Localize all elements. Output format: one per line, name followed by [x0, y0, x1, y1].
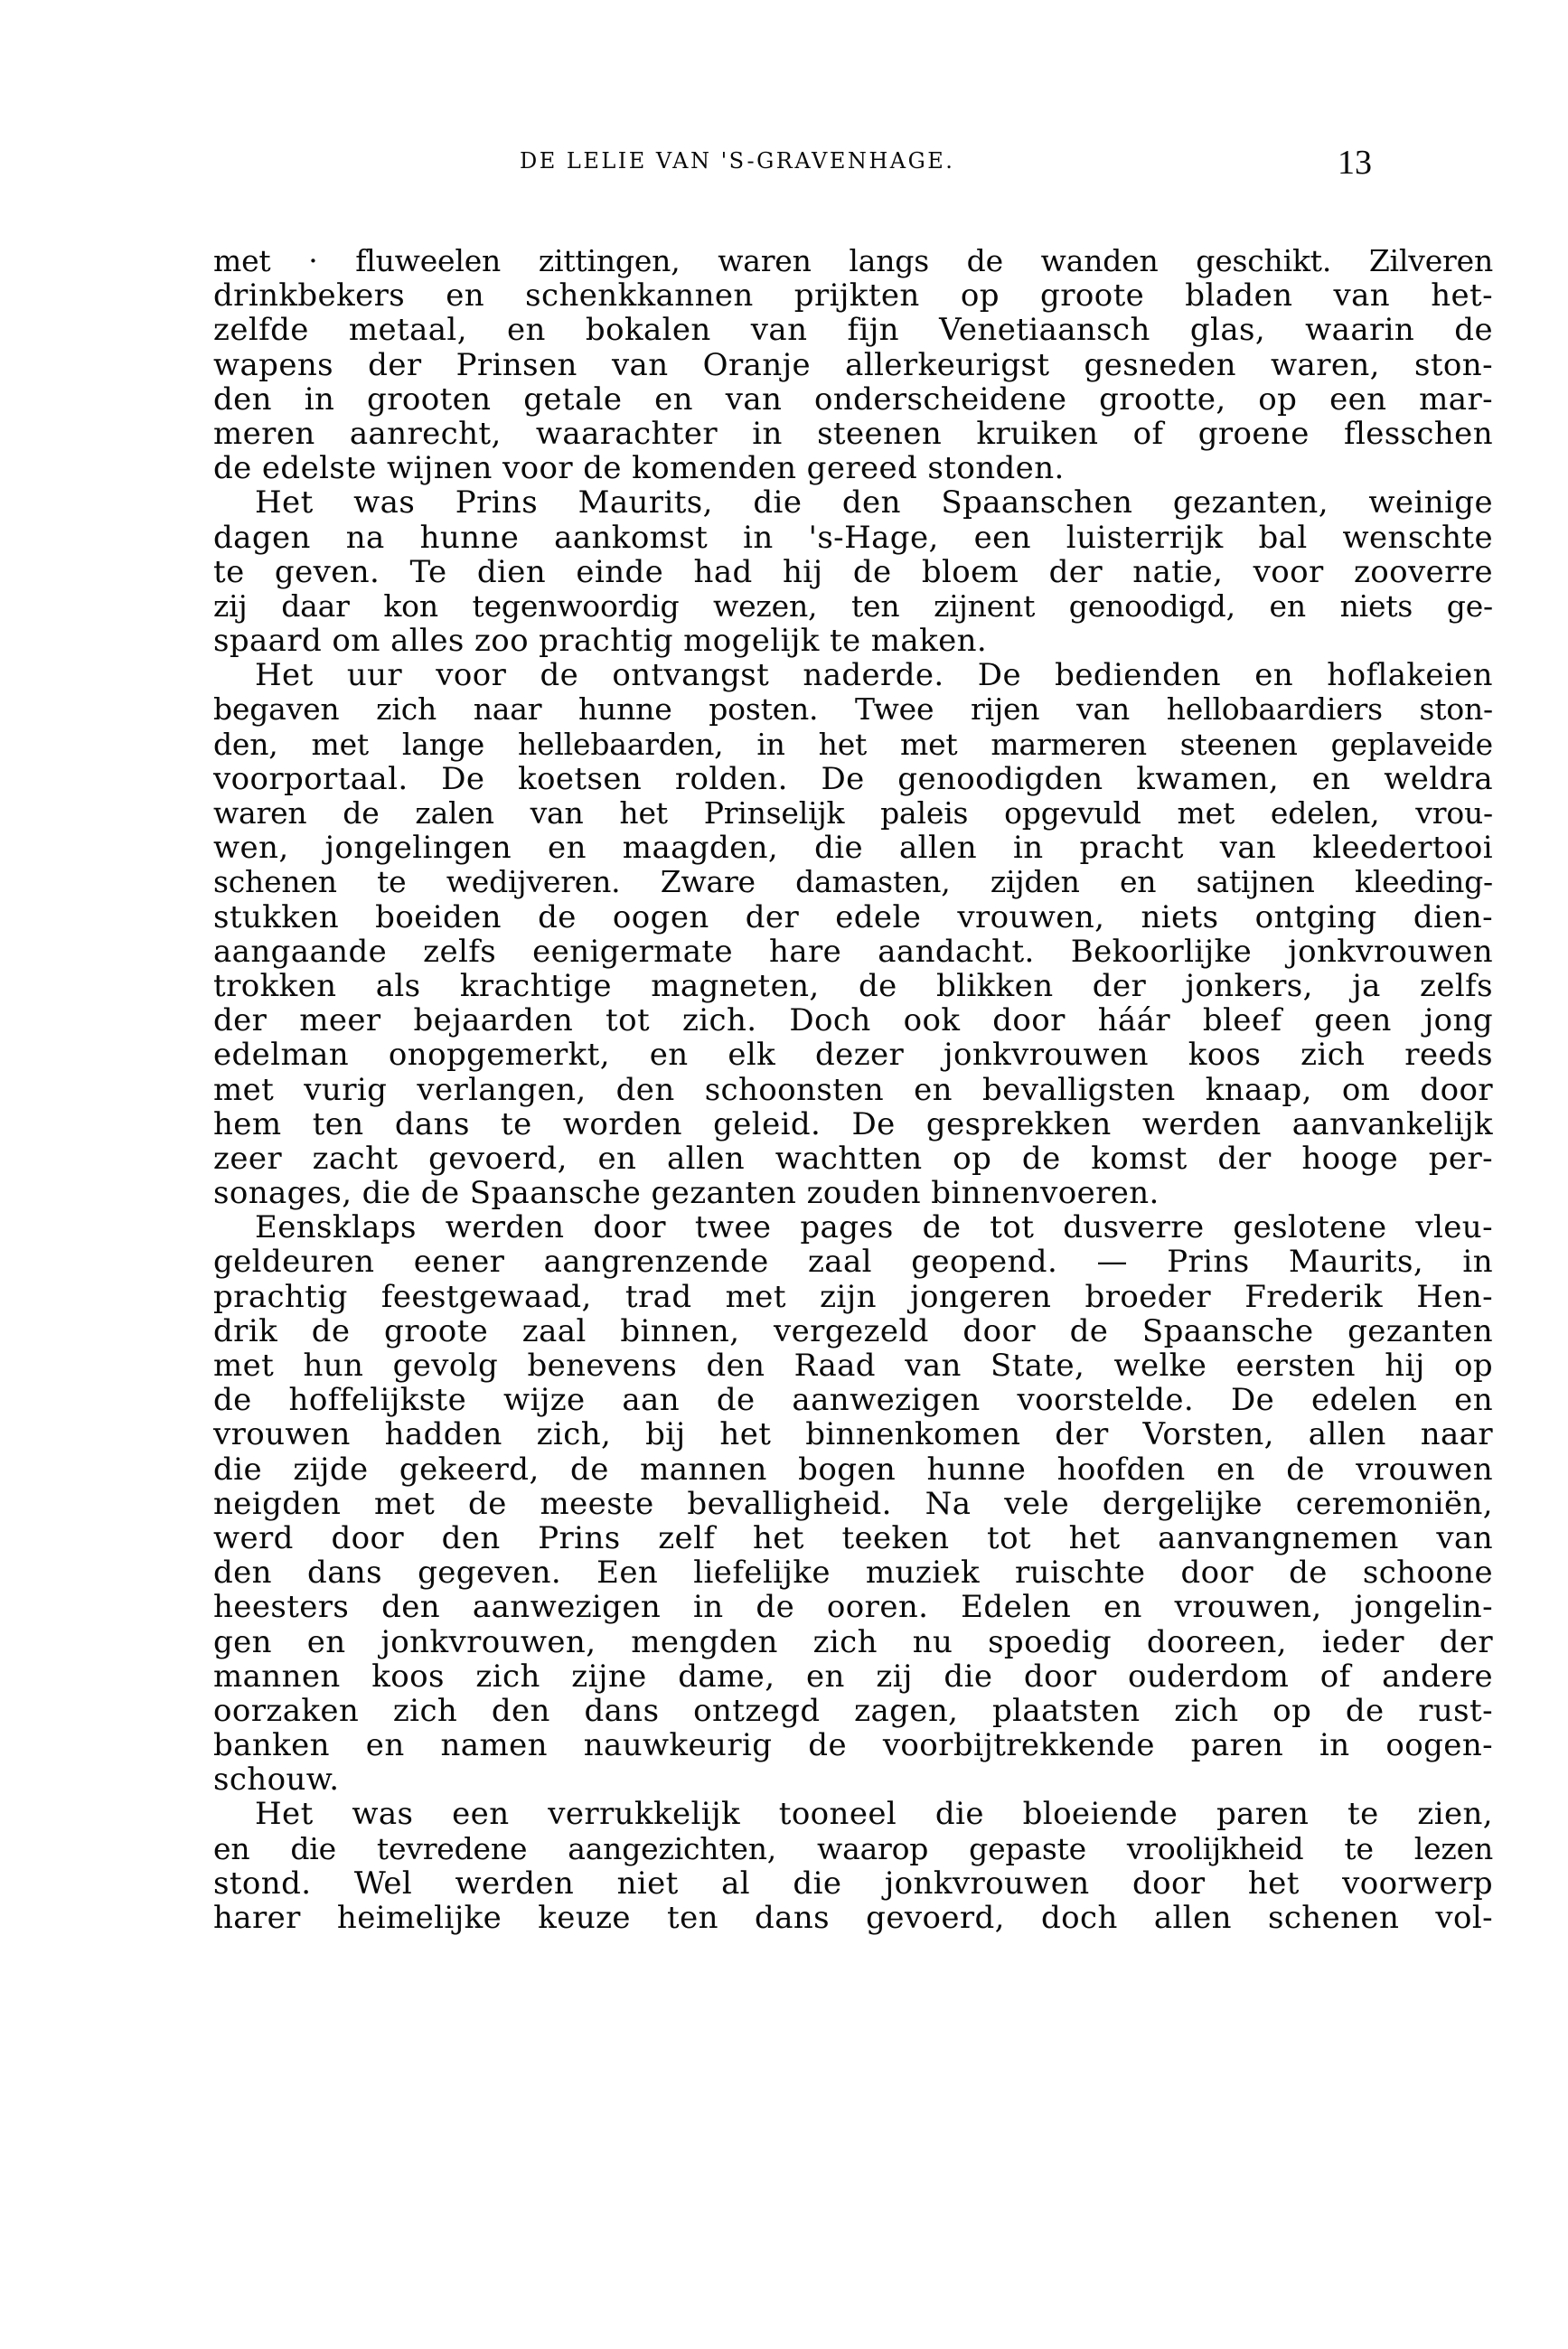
- book-page: DE LELIE VAN 'S-GRAVENHAGE. 13 met · flu…: [0, 0, 1568, 2349]
- paragraph-first-line: Het uur voor de ontvangst naderde. De be…: [213, 658, 1493, 692]
- text-line: met · fluweelen zittingen, waren langs d…: [213, 244, 1493, 278]
- text-line: de hoffelijkste wijze aan de aanwezigen …: [213, 1383, 1493, 1417]
- page-number: 13: [1338, 143, 1372, 183]
- text-line: schenen te wedijveren. Zware damasten, z…: [213, 865, 1493, 899]
- text-line: den, met lange hellebaarden, in het met …: [213, 728, 1493, 762]
- text-line: harer heimelijke keuze ten dans gevoerd,…: [213, 1901, 1493, 1935]
- text-line: dagen na hunne aankomst in 's-Hage, een …: [213, 521, 1493, 555]
- text-line: begaven zich naar hunne posten. Twee rij…: [213, 692, 1493, 727]
- text-line: aangaande zelfs eenigermate hare aandach…: [213, 935, 1493, 969]
- text-line: meren aanrecht, waarachter in steenen kr…: [213, 417, 1493, 451]
- text-line: den dans gegeven. Een liefelijke muziek …: [213, 1555, 1493, 1590]
- text-line: stond. Wel werden niet al die jonkvrouwe…: [213, 1866, 1493, 1901]
- text-line: zij daar kon tegenwoordig wezen, ten zij…: [213, 589, 1493, 624]
- text-line: sonages, die de Spaansche gezanten zoude…: [213, 1176, 1493, 1210]
- text-line: wen, jongelingen en maagden, die allen i…: [213, 831, 1493, 865]
- running-header: DE LELIE VAN 'S-GRAVENHAGE. 13: [0, 148, 1568, 184]
- text-line: wapens der Prinsen van Oranje allerkeuri…: [213, 348, 1493, 382]
- text-line: den in grooten getale en van onderscheid…: [213, 382, 1493, 417]
- text-line: met hun gevolg benevens den Raad van Sta…: [213, 1348, 1493, 1383]
- text-line: de edelste wijnen voor de komenden geree…: [213, 451, 1493, 485]
- text-line: stukken boeiden de oogen der edele vrouw…: [213, 900, 1493, 935]
- text-line: heesters den aanwezigen in de ooren. Ede…: [213, 1590, 1493, 1624]
- text-line: geldeuren eener aangrenzende zaal geopen…: [213, 1245, 1493, 1279]
- text-line: en die tevredene aangezichten, waarop ge…: [213, 1832, 1493, 1866]
- paragraph-first-line: Eensklaps werden door twee pages de tot …: [213, 1210, 1493, 1245]
- text-line: die zijde gekeerd, de mannen bogen hunne…: [213, 1452, 1493, 1487]
- text-line: vrouwen hadden zich, bij het binnenkomen…: [213, 1417, 1493, 1452]
- text-line: der meer bejaarden tot zich. Doch ook do…: [213, 1003, 1493, 1038]
- text-line: gen en jonkvrouwen, mengden zich nu spoe…: [213, 1625, 1493, 1659]
- text-line: trokken als krachtige magneten, de blikk…: [213, 969, 1493, 1003]
- text-line: banken en namen nauwkeurig de voorbijtre…: [213, 1728, 1493, 1762]
- text-line: drinkbekers en schenkkannen prijkten op …: [213, 278, 1493, 313]
- text-line: zelfde metaal, en bokalen van fijn Venet…: [213, 313, 1493, 347]
- text-line: hem ten dans te worden geleid. De gespre…: [213, 1107, 1493, 1142]
- body-text: met · fluweelen zittingen, waren langs d…: [213, 244, 1493, 1935]
- paragraph-first-line: Het was een verrukkelijk tooneel die blo…: [213, 1797, 1493, 1831]
- text-line: schouw.: [213, 1762, 1493, 1797]
- text-line: zeer zacht gevoerd, en allen wachtten op…: [213, 1142, 1493, 1176]
- text-line: edelman onopgemerkt, en elk dezer jonkvr…: [213, 1038, 1493, 1072]
- running-title: DE LELIE VAN 'S-GRAVENHAGE.: [520, 148, 954, 174]
- text-line: oorzaken zich den dans ontzegd zagen, pl…: [213, 1694, 1493, 1728]
- text-line: te geven. Te dien einde had hij de bloem…: [213, 555, 1493, 589]
- text-line: voorportaal. De koetsen rolden. De genoo…: [213, 762, 1493, 796]
- paragraph-first-line: Het was Prins Maurits, die den Spaansche…: [213, 485, 1493, 520]
- text-line: waren de zalen van het Prinselijk paleis…: [213, 796, 1493, 831]
- text-line: drik de groote zaal binnen, vergezeld do…: [213, 1314, 1493, 1348]
- text-line: mannen koos zich zijne dame, en zij die …: [213, 1659, 1493, 1694]
- text-line: neigden met de meeste bevalligheid. Na v…: [213, 1487, 1493, 1521]
- text-line: spaard om alles zoo prachtig mogelijk te…: [213, 624, 1493, 658]
- text-line: werd door den Prins zelf het teeken tot …: [213, 1521, 1493, 1555]
- text-line: met vurig verlangen, den schoonsten en b…: [213, 1073, 1493, 1107]
- text-line: prachtig feestgewaad, trad met zijn jong…: [213, 1280, 1493, 1314]
